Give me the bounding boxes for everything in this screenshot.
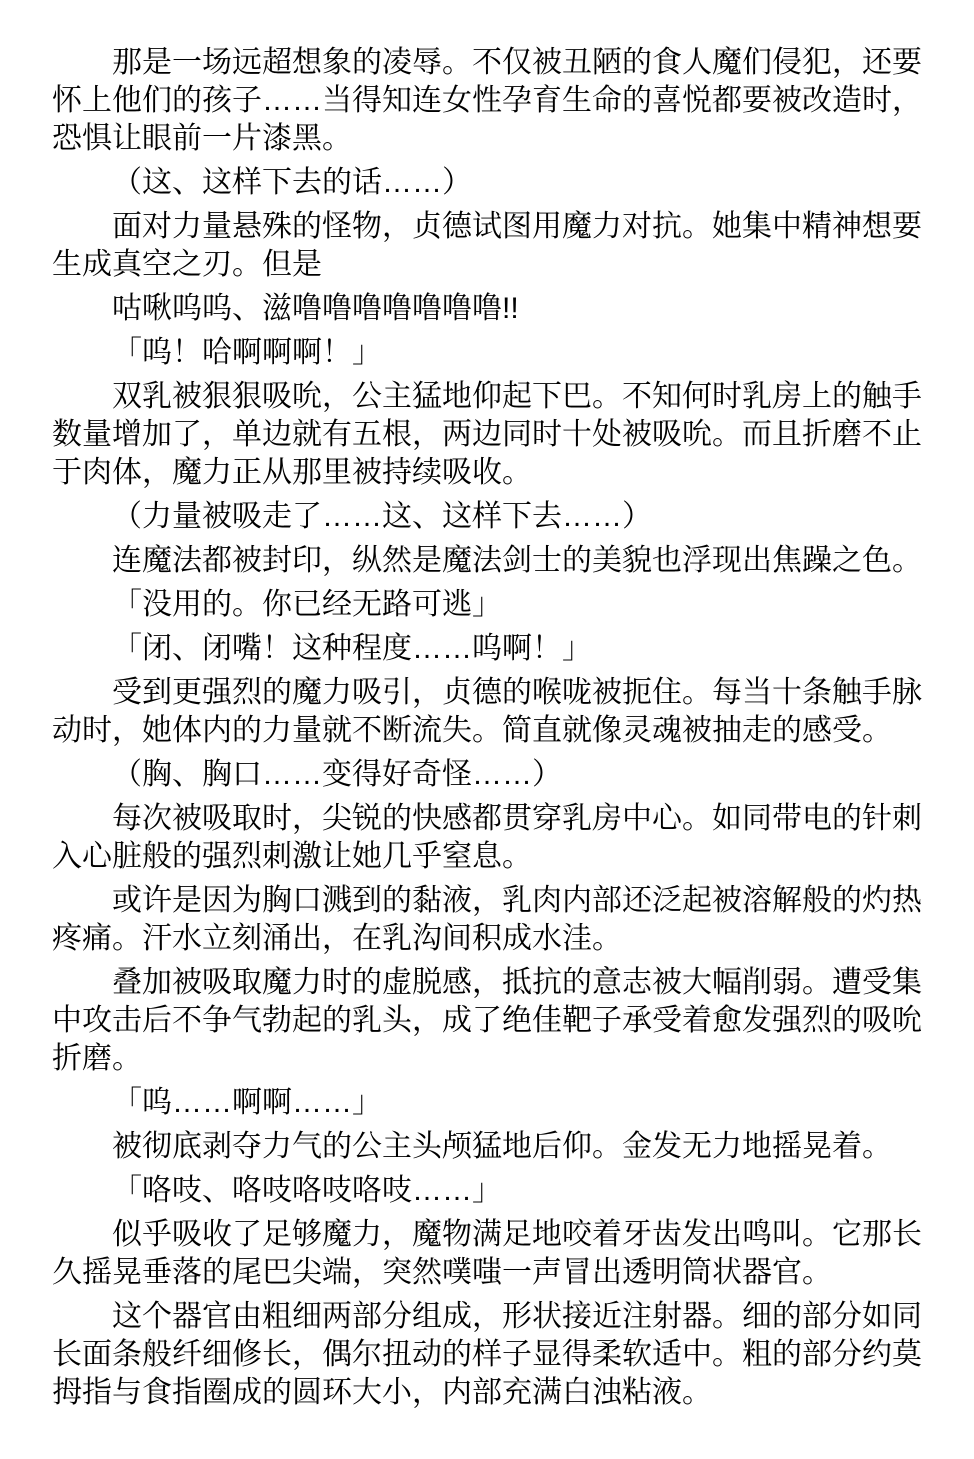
paragraph: 面对力量悬殊的怪物，贞德试图用魔力对抗。她集中精神想要生成真空之刃。但是	[52, 208, 922, 284]
paragraph: 受到更强烈的魔力吸引，贞德的喉咙被扼住。每当十条触手脉动时，她体内的力量就不断流…	[52, 674, 922, 750]
paragraph: 「呜！哈啊啊啊！」	[52, 334, 922, 372]
paragraph: 「呜……啊啊……」	[52, 1084, 922, 1122]
paragraph: 叠加被吸取魔力时的虚脱感，抵抗的意志被大幅削弱。遭受集中攻击后不争气勃起的乳头，…	[52, 964, 922, 1078]
paragraph: 「咯吱、咯吱咯吱咯吱……」	[52, 1172, 922, 1210]
paragraph: 「没用的。你已经无路可逃」	[52, 586, 922, 624]
paragraph: 这个器官由粗细两部分组成，形状接近注射器。细的部分如同长面条般纤细修长，偶尔扭动…	[52, 1298, 922, 1412]
paragraph: 似乎吸收了足够魔力，魔物满足地咬着牙齿发出鸣叫。它那长久摇晃垂落的尾巴尖端，突然…	[52, 1216, 922, 1292]
paragraph: 连魔法都被封印，纵然是魔法剑士的美貌也浮现出焦躁之色。	[52, 542, 922, 580]
paragraph: 那是一场远超想象的凌辱。不仅被丑陋的食人魔们侵犯，还要怀上他们的孩子……当得知连…	[52, 44, 922, 158]
paragraph: 咕啾呜呜、滋噜噜噜噜噜噜噜!!	[52, 290, 922, 328]
paragraph: 或许是因为胸口溅到的黏液，乳肉内部还泛起被溶解般的灼热疼痛。汗水立刻涌出，在乳沟…	[52, 882, 922, 958]
paragraph: 每次被吸取时，尖锐的快感都贯穿乳房中心。如同带电的针刺入心脏般的强烈刺激让她几乎…	[52, 800, 922, 876]
paragraph: 被彻底剥夺力气的公主头颅猛地后仰。金发无力地摇晃着。	[52, 1128, 922, 1166]
paragraph: （这、这样下去的话……）	[52, 164, 922, 202]
text-body: 那是一场远超想象的凌辱。不仅被丑陋的食人魔们侵犯，还要怀上他们的孩子……当得知连…	[52, 44, 922, 1412]
paragraph: 双乳被狠狠吸吮，公主猛地仰起下巴。不知何时乳房上的触手数量增加了，单边就有五根，…	[52, 378, 922, 492]
paragraph: （力量被吸走了……这、这样下去……）	[52, 498, 922, 536]
paragraph: 「闭、闭嘴！这种程度……呜啊！」	[52, 630, 922, 668]
paragraph: （胸、胸口……变得好奇怪……）	[52, 756, 922, 794]
novel-page: 那是一场远超想象的凌辱。不仅被丑陋的食人魔们侵犯，还要怀上他们的孩子……当得知连…	[0, 0, 974, 1459]
